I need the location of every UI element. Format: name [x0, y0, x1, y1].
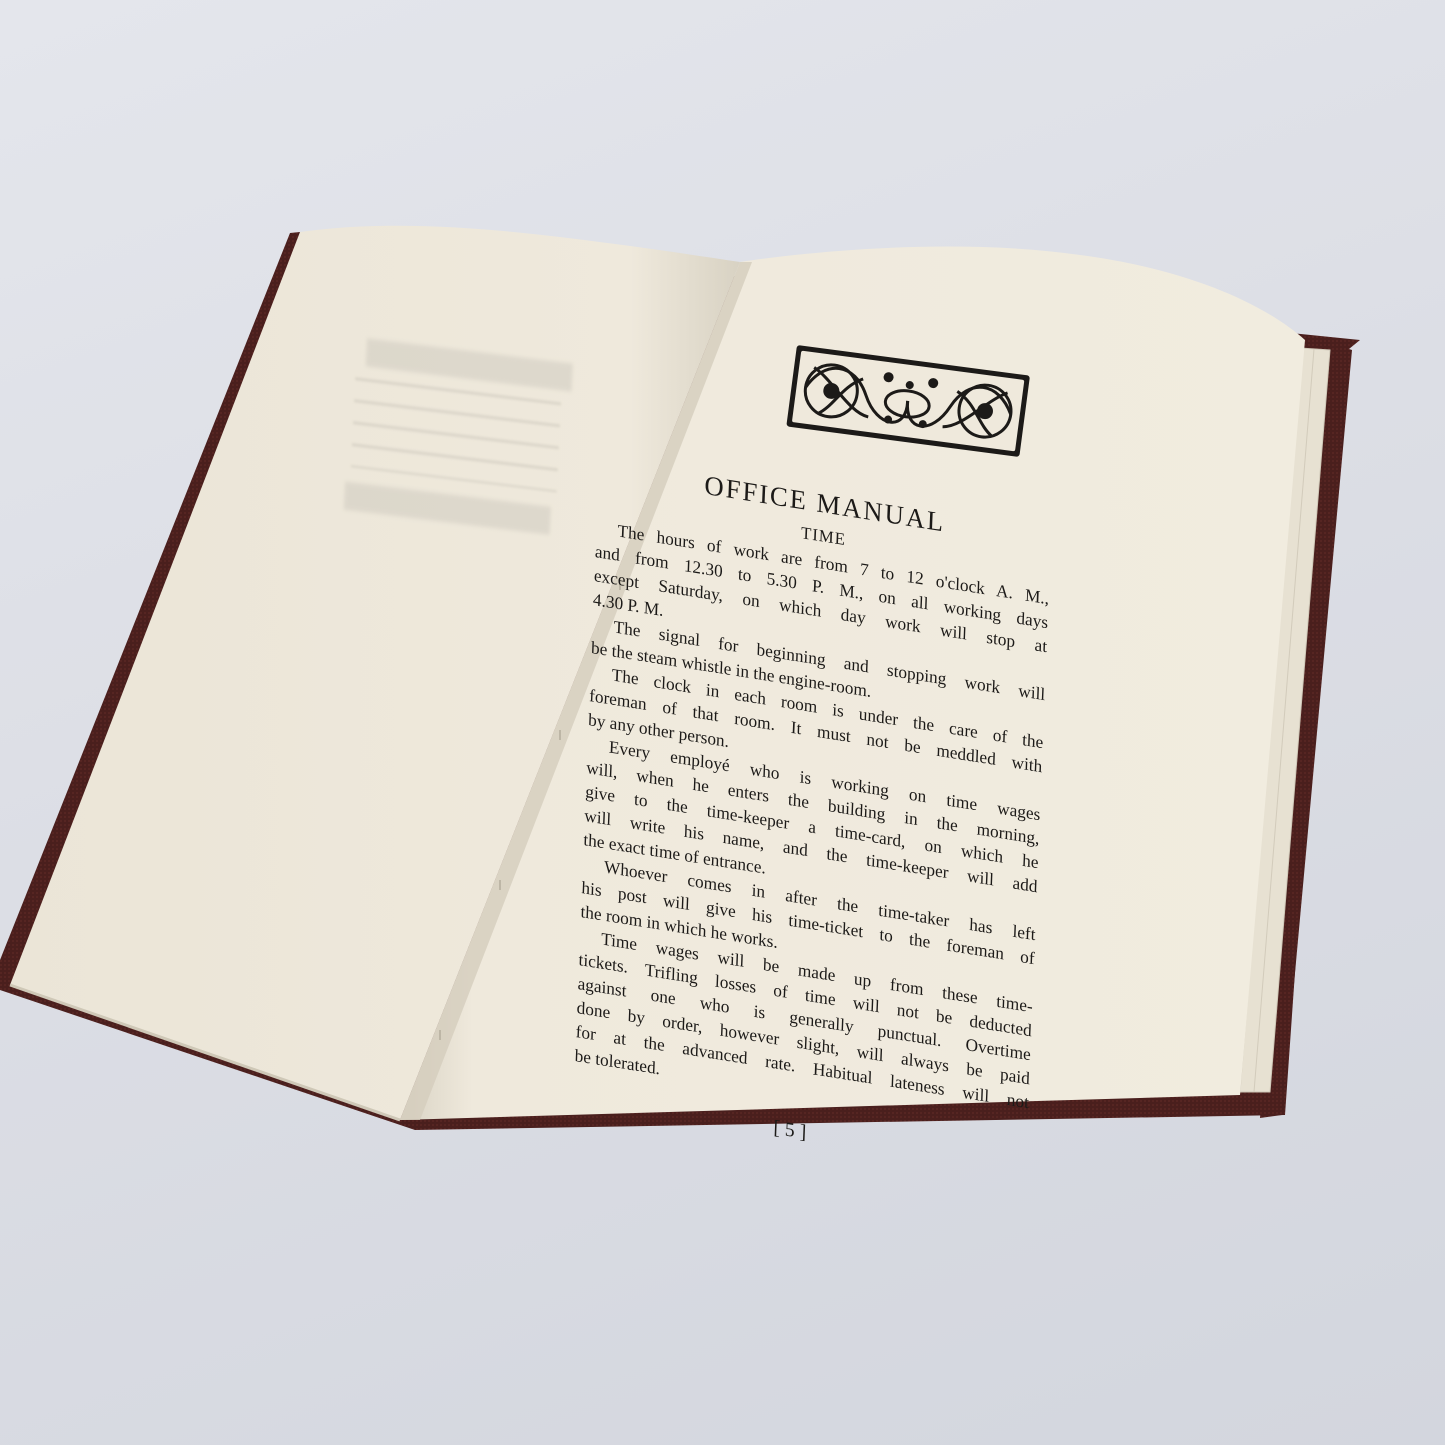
- right-page-text: OFFICE MANUAL TIME The hours of work are…: [576, 425, 1053, 1096]
- body-text: The hours of work are from 7 to 12 o'clo…: [574, 515, 1049, 1138]
